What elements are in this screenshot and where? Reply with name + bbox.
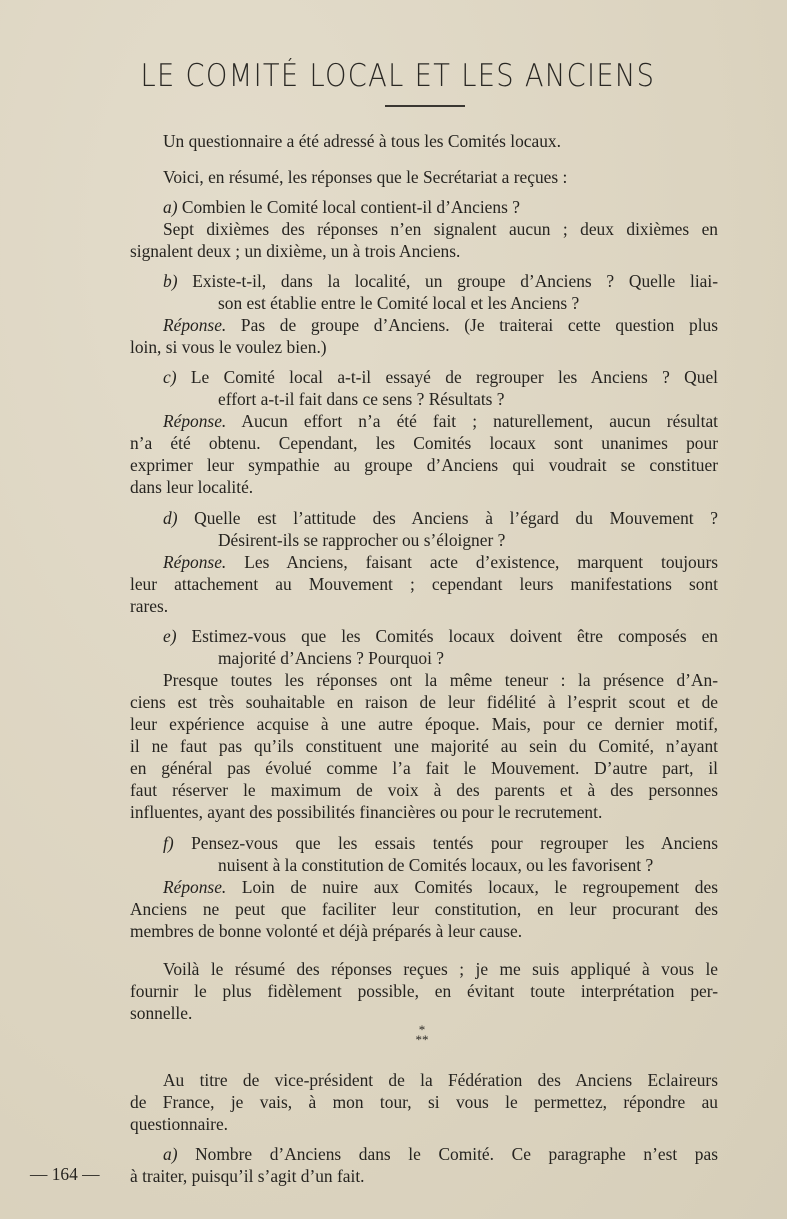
text-line: il ne faut pas qu’ils constituent une ma… bbox=[130, 735, 718, 757]
text-line: son est établie entre le Comité local et… bbox=[218, 292, 579, 314]
line-text: Quelle est l’attitude des Anciens à l’ég… bbox=[178, 508, 719, 528]
text-line: Réponse. Loin de nuire aux Comités locau… bbox=[163, 876, 718, 898]
text-line: c) Le Comité local a-t-il essayé de regr… bbox=[163, 366, 718, 388]
response-label: Réponse. bbox=[163, 552, 226, 572]
text-line: effort a-t-il fait dans ce sens ? Résult… bbox=[218, 388, 505, 410]
line-text: Pensez-vous que les essais tentés pour r… bbox=[174, 833, 718, 853]
line-text: ciens est très souhaitable en raison de … bbox=[130, 692, 718, 712]
line-text: effort a-t-il fait dans ce sens ? Résult… bbox=[218, 389, 505, 409]
text-line: e) Estimez-vous que les Comités locaux d… bbox=[163, 625, 718, 647]
text-line: à traiter, puisqu’il s’agit d’un fait. bbox=[130, 1165, 365, 1187]
question-label: a) bbox=[163, 197, 178, 217]
text-line: dans leur localité. bbox=[130, 476, 253, 498]
section-separator-asterism: *** bbox=[400, 1025, 444, 1045]
text-line: Sept dixièmes des réponses n’en signalen… bbox=[163, 218, 718, 240]
text-line: Presque toutes les réponses ont la même … bbox=[163, 669, 718, 691]
question-label: c) bbox=[163, 367, 177, 387]
line-text: Estimez-vous que les Comités locaux doiv… bbox=[177, 626, 718, 646]
text-line: Au titre de vice-président de la Fédérat… bbox=[163, 1069, 718, 1091]
line-text: Combien le Comité local contient-il d’An… bbox=[178, 197, 520, 217]
line-text: Presque toutes les réponses ont la même … bbox=[163, 670, 718, 690]
line-text: Anciens ne peut que faciliter leur const… bbox=[130, 899, 718, 919]
question-label: a) bbox=[163, 1144, 178, 1164]
text-line: membres de bonne volonté et déjà préparé… bbox=[130, 920, 522, 942]
line-text: faut réserver le maximum de voix à des p… bbox=[130, 780, 718, 800]
line-text: leur expérience acquise à une autre époq… bbox=[130, 714, 718, 734]
text-line: f) Pensez-vous que les essais tentés pou… bbox=[163, 832, 718, 854]
line-text: leur attachement au Mouvement ; cependan… bbox=[130, 574, 718, 594]
response-label: Réponse. bbox=[163, 315, 226, 335]
text-line: d) Quelle est l’attitude des Anciens à l… bbox=[163, 507, 718, 529]
line-text: en général pas évolué comme l’a fait le … bbox=[130, 758, 718, 778]
page-number: — 164 — bbox=[30, 1163, 100, 1185]
response-label: Réponse. bbox=[163, 877, 226, 897]
text-line: b) Existe-t-il, dans la localité, un gro… bbox=[163, 270, 718, 292]
text-line: leur attachement au Mouvement ; cependan… bbox=[130, 573, 718, 595]
text-line: leur expérience acquise à une autre époq… bbox=[130, 713, 718, 735]
text-line: a) Combien le Comité local contient-il d… bbox=[163, 196, 520, 218]
text-line: loin, si vous le voulez bien.) bbox=[130, 336, 327, 358]
text-line: Désirent-ils se rapprocher ou s’éloigner… bbox=[218, 529, 505, 551]
line-text: loin, si vous le voulez bien.) bbox=[130, 337, 327, 357]
line-text: fournir le plus fidèlement possible, en … bbox=[130, 981, 718, 1001]
line-text: rares. bbox=[130, 596, 168, 616]
text-line: fournir le plus fidèlement possible, en … bbox=[130, 980, 718, 1002]
text-line: Voici, en résumé, les réponses que le Se… bbox=[163, 166, 567, 188]
line-text: exprimer leur sympathie au groupe d’Anci… bbox=[130, 455, 718, 475]
text-line: rares. bbox=[130, 595, 168, 617]
line-text: son est établie entre le Comité local et… bbox=[218, 293, 579, 313]
text-line: a) Nombre d’Anciens dans le Comité. Ce p… bbox=[163, 1143, 718, 1165]
line-text: Le Comité local a-t-il essayé de regroup… bbox=[177, 367, 718, 387]
line-text: Voici, en résumé, les réponses que le Se… bbox=[163, 167, 567, 187]
line-text: il ne faut pas qu’ils constituent une ma… bbox=[130, 736, 718, 756]
line-text: Sept dixièmes des réponses n’en signalen… bbox=[163, 219, 718, 239]
text-line: Réponse. Les Anciens, faisant acte d’exi… bbox=[163, 551, 718, 573]
text-line: faut réserver le maximum de voix à des p… bbox=[130, 779, 718, 801]
line-text: à traiter, puisqu’il s’agit d’un fait. bbox=[130, 1166, 365, 1186]
text-line: sonnelle. bbox=[130, 1002, 192, 1024]
line-text: Au titre de vice-président de la Fédérat… bbox=[163, 1070, 718, 1090]
line-text: Désirent-ils se rapprocher ou s’éloigner… bbox=[218, 530, 505, 550]
line-text: Loin de nuire aux Comités locaux, le reg… bbox=[226, 877, 718, 897]
line-text: questionnaire. bbox=[130, 1114, 228, 1134]
text-line: signalent deux ; un dixième, un à trois … bbox=[130, 240, 460, 262]
line-text: Aucun effort n’a été fait ; naturellemen… bbox=[226, 411, 718, 431]
line-text: signalent deux ; un dixième, un à trois … bbox=[130, 241, 460, 261]
question-label: f) bbox=[163, 833, 174, 853]
question-label: e) bbox=[163, 626, 177, 646]
line-text: Pas de groupe d’Anciens. (Je traiterai c… bbox=[226, 315, 718, 335]
line-text: sonnelle. bbox=[130, 1003, 192, 1023]
line-text: Voilà le résumé des réponses reçues ; je… bbox=[163, 959, 718, 979]
question-label: d) bbox=[163, 508, 178, 528]
page-title: LE COMITÉ LOCAL ET LES ANCIENS bbox=[52, 58, 745, 94]
question-label: b) bbox=[163, 271, 178, 291]
line-text: Existe-t-il, dans la localité, un groupe… bbox=[178, 271, 719, 291]
text-line: questionnaire. bbox=[130, 1113, 228, 1135]
text-line: n’a été obtenu. Cependant, les Comités l… bbox=[130, 432, 718, 454]
line-text: de France, je vais, à mon tour, si vous … bbox=[130, 1092, 718, 1112]
text-line: majorité d’Anciens ? Pourquoi ? bbox=[218, 647, 444, 669]
response-label: Réponse. bbox=[163, 411, 226, 431]
line-text: Un questionnaire a été adressé à tous le… bbox=[163, 131, 561, 151]
text-line: influentes, ayant des possibilités finan… bbox=[130, 801, 602, 823]
line-text: n’a été obtenu. Cependant, les Comités l… bbox=[130, 433, 718, 453]
line-text: membres de bonne volonté et déjà préparé… bbox=[130, 921, 522, 941]
line-text: majorité d’Anciens ? Pourquoi ? bbox=[218, 648, 444, 668]
text-line: Un questionnaire a été adressé à tous le… bbox=[163, 130, 561, 152]
line-text: dans leur localité. bbox=[130, 477, 253, 497]
line-text: Nombre d’Anciens dans le Comité. Ce para… bbox=[178, 1144, 719, 1164]
text-line: Réponse. Aucun effort n’a été fait ; nat… bbox=[163, 410, 718, 432]
text-line: exprimer leur sympathie au groupe d’Anci… bbox=[130, 454, 718, 476]
text-line: nuisent à la constitution de Comités loc… bbox=[218, 854, 653, 876]
line-text: influentes, ayant des possibilités finan… bbox=[130, 802, 602, 822]
text-line: en général pas évolué comme l’a fait le … bbox=[130, 757, 718, 779]
title-rule-divider bbox=[385, 105, 465, 107]
text-line: de France, je vais, à mon tour, si vous … bbox=[130, 1091, 718, 1113]
text-line: Voilà le résumé des réponses reçues ; je… bbox=[163, 958, 718, 980]
line-text: Les Anciens, faisant acte d’existence, m… bbox=[226, 552, 718, 572]
text-line: ciens est très souhaitable en raison de … bbox=[130, 691, 718, 713]
line-text: nuisent à la constitution de Comités loc… bbox=[218, 855, 653, 875]
text-line: Réponse. Pas de groupe d’Anciens. (Je tr… bbox=[163, 314, 718, 336]
text-line: Anciens ne peut que faciliter leur const… bbox=[130, 898, 718, 920]
